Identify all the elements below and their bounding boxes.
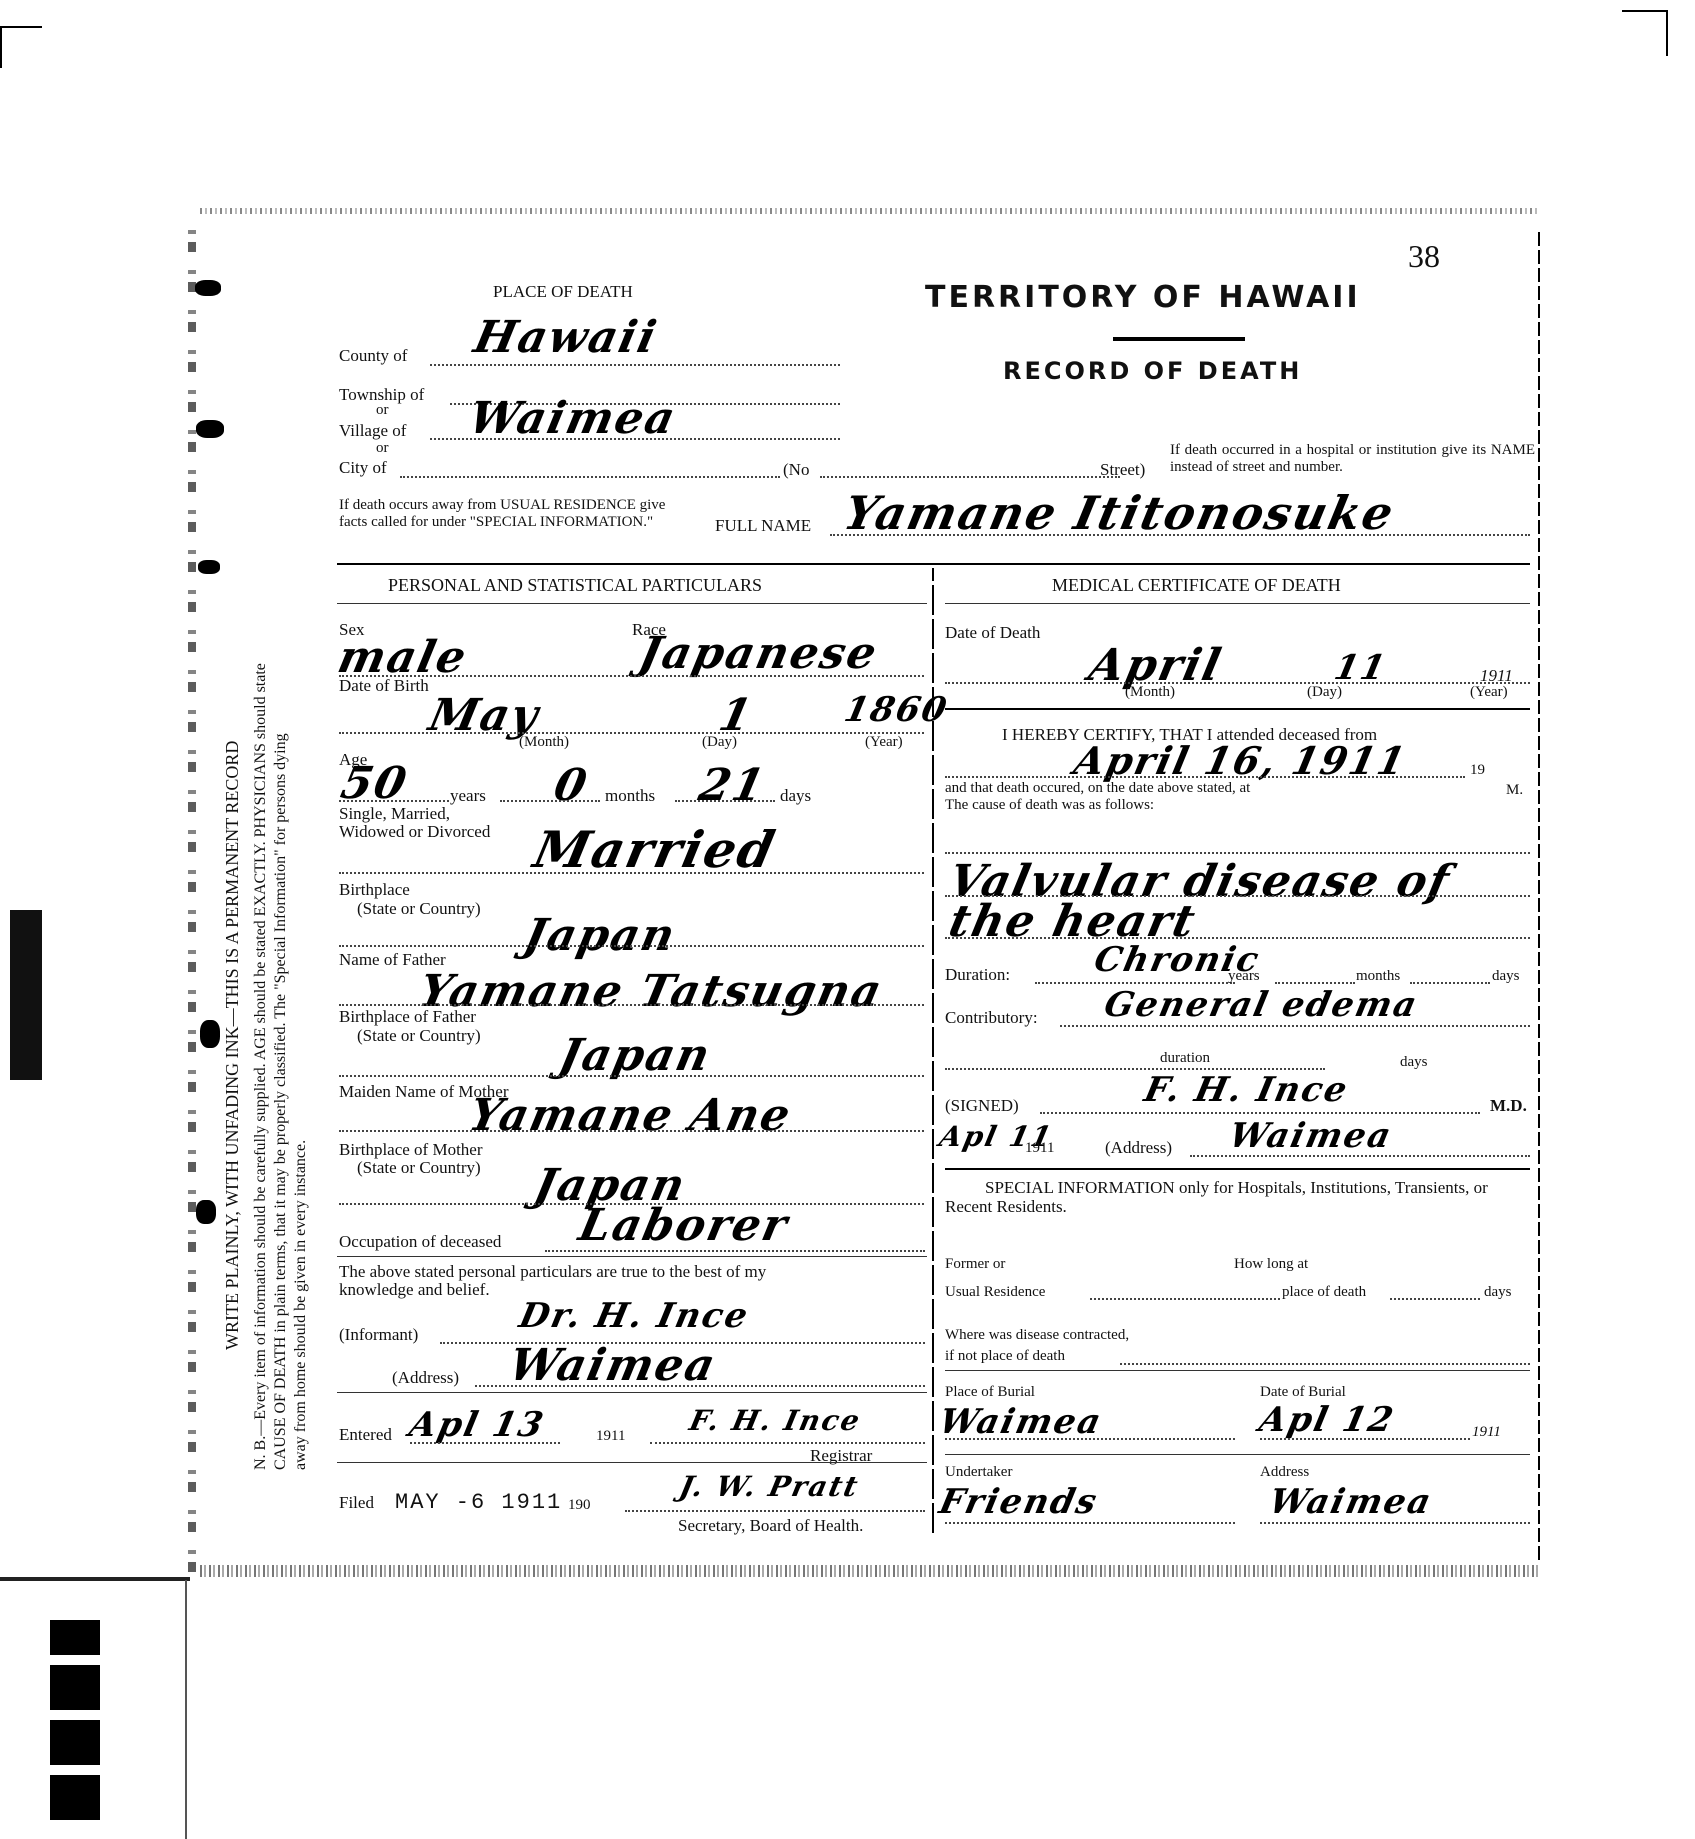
ink-blot (196, 1200, 216, 1224)
duration-months-label: months (1356, 968, 1400, 985)
contributory-line (1060, 1025, 1530, 1027)
how-long-label-2: place of death (1282, 1284, 1366, 1301)
signed-address-label: (Address) (1105, 1138, 1172, 1158)
paper-edge-left (188, 212, 196, 1572)
age-months: 0 (550, 760, 593, 811)
street-line (820, 476, 1120, 478)
duration-days-label: days (1492, 968, 1520, 985)
dob-label: Date of Birth (339, 676, 429, 696)
duration-years-label: years (1228, 968, 1260, 985)
signed-line (1040, 1112, 1480, 1114)
former-label-1: Former or (945, 1256, 1005, 1273)
dob-year: 1860 (841, 690, 952, 730)
informant-label: (Informant) (339, 1325, 418, 1345)
city-line (400, 476, 780, 478)
occupation-rule (337, 1256, 927, 1257)
registrar-line (650, 1442, 925, 1444)
dob-day-label: (Day) (702, 734, 737, 751)
entered-value: Apl 13 (406, 1405, 549, 1445)
undertaker-line (945, 1522, 1235, 1524)
dod-day-label: (Day) (1307, 684, 1342, 701)
father-birthplace-value: Japan (555, 1030, 716, 1081)
form-subtitle: RECORD OF DEATH (1003, 357, 1302, 385)
village-value: Waimea (465, 393, 682, 444)
paper-edge-bottom (200, 1565, 1540, 1577)
contributory-value: General edema (1101, 985, 1422, 1025)
county-value: Hawaii (470, 312, 663, 363)
attended-line (945, 776, 1465, 778)
ink-blot (195, 280, 221, 296)
filing-tab-edge (185, 1580, 187, 1839)
md-label: M.D. (1490, 1096, 1527, 1116)
mother-line (339, 1130, 924, 1132)
burial-place-line (945, 1438, 1235, 1440)
mother-birthplace-label-2: (State or Country) (357, 1158, 481, 1178)
contracted-label-2: if not place of death (945, 1348, 1065, 1365)
contributory-days-label: days (1400, 1054, 1428, 1071)
birthplace-value: Japan (520, 910, 681, 961)
signed-label: (SIGNED) (945, 1096, 1019, 1116)
filed-label: Filed (339, 1493, 374, 1513)
burial-rule (945, 1454, 1530, 1455)
dod-rule (945, 708, 1530, 710)
undertaker-address-label: Address (1260, 1464, 1309, 1481)
entered-line (410, 1442, 560, 1444)
margin-note-nb: N. B.—Every item of information should b… (252, 663, 270, 1470)
duration-months-line (1275, 982, 1355, 984)
paper-edge-right (1538, 230, 1540, 1560)
registrar-label: Registrar (810, 1446, 872, 1466)
dod-line (945, 682, 1530, 684)
filing-tab-mark (10, 910, 42, 1080)
signed-address-line (1190, 1155, 1530, 1157)
filing-number-block (50, 1620, 100, 1820)
burial-place-value: Waimea (936, 1402, 1106, 1442)
secretary-line (625, 1510, 925, 1512)
secretary-signature: J. W. Pratt (676, 1470, 862, 1503)
entered-label: Entered (339, 1425, 392, 1445)
or-label-2: or (376, 440, 389, 457)
ink-blot (198, 560, 220, 574)
or-label-1: or (376, 402, 389, 419)
burial-date-line (1260, 1438, 1470, 1440)
occupation-line (545, 1250, 925, 1252)
contributory-label: Contributory: (945, 1008, 1038, 1028)
former-label-2: Usual Residence (945, 1284, 1045, 1301)
margin-note-away: away from home should be given in every … (292, 1140, 310, 1470)
mother-birthplace-label-1: Birthplace of Mother (339, 1140, 483, 1160)
address-label: (Address) (392, 1368, 459, 1388)
marital-value: Married (529, 820, 782, 879)
marital-label-1: Single, Married, (339, 804, 450, 824)
dod-label: Date of Death (945, 623, 1040, 643)
former-line (1090, 1298, 1280, 1300)
marital-label-2: Widowed or Divorced (339, 822, 490, 842)
filed-stamp: MAY -6 1911 (395, 1490, 562, 1515)
attest-text-1: The above stated personal particulars ar… (339, 1262, 766, 1282)
filed-suffix: 190 (568, 1497, 591, 1514)
contracted-label-1: Where was disease contracted, (945, 1327, 1129, 1344)
cause-line-0 (945, 852, 1530, 854)
undertaker-address-line (1260, 1522, 1530, 1524)
age-months-line (500, 800, 600, 802)
informant-value: Dr. H. Ince (516, 1296, 753, 1336)
marital-line (339, 872, 924, 874)
undertaker-value: Friends (936, 1482, 1102, 1522)
county-line (430, 364, 840, 366)
how-long-days: days (1484, 1284, 1512, 1301)
ink-blot (200, 1020, 220, 1048)
crop-mark-top-left (0, 26, 42, 68)
medical-heading-rule (945, 603, 1530, 604)
county-label: County of (339, 346, 407, 366)
duration-days-line (1410, 982, 1490, 984)
secretary-label: Secretary, Board of Health. (678, 1516, 863, 1536)
father-birthplace-line (339, 1075, 924, 1077)
undertaker-label: Undertaker (945, 1464, 1012, 1481)
village-label: Village of (339, 421, 406, 441)
burial-date-value: Apl 12 (1256, 1400, 1399, 1440)
record-number: 38 (1408, 238, 1440, 275)
m-label: M. (1506, 782, 1523, 799)
occurred-text: and that death occured, on the date abov… (945, 780, 1250, 797)
age-years-line (339, 800, 449, 802)
contributory-duration-label: duration (1160, 1050, 1210, 1067)
title-divider (1113, 337, 1245, 341)
dod-year-label: (Year) (1470, 684, 1508, 701)
registrar-signature: F. H. Ince (686, 1404, 864, 1437)
street-no-label: (No (783, 460, 809, 480)
undertaker-address-value: Waimea (1266, 1482, 1436, 1522)
father-birthplace-label-1: Birthplace of Father (339, 1007, 476, 1027)
place-of-death-heading: PLACE OF DEATH (493, 282, 633, 302)
entered-year: 1911 (596, 1428, 625, 1445)
section-rule-top (337, 563, 1530, 565)
race-value: Japanese (635, 628, 883, 679)
dob-line (339, 732, 924, 734)
occupation-value: Laborer (575, 1200, 794, 1251)
address-value: Waimea (505, 1340, 722, 1391)
full-name-label: FULL NAME (715, 516, 811, 536)
full-name-value: Yamane Ititonosuke (839, 486, 1400, 540)
attended-suffix: 19 (1470, 762, 1485, 779)
personal-heading-rule (337, 603, 927, 604)
age-days: 21 (695, 760, 771, 811)
years-label: years (450, 786, 486, 806)
father-birthplace-label-2: (State or Country) (357, 1026, 481, 1046)
paper-edge-top (200, 208, 1540, 214)
age-days-line (675, 800, 775, 802)
duration-label: Duration: (945, 965, 1010, 985)
father-line (339, 1004, 924, 1006)
margin-note-cause: CAUSE OF DEATH in plain terms, that it m… (272, 733, 290, 1470)
special-heading: SPECIAL INFORMATION only for Hospitals, … (945, 1178, 1530, 1216)
contracted-rule (945, 1370, 1530, 1371)
signed-rule (945, 1168, 1530, 1170)
occupation-label: Occupation of deceased (339, 1232, 501, 1252)
birthplace-line (339, 945, 924, 947)
cause-intro: The cause of death was as follows: (945, 797, 1154, 814)
form-title: TERRITORY OF HAWAII (925, 280, 1361, 315)
father-value: Yamane Tatsugna (415, 966, 888, 1017)
medical-heading: MEDICAL CERTIFICATE OF DEATH (1052, 575, 1341, 596)
birthplace-label-1: Birthplace (339, 880, 410, 900)
hospital-note: If death occurred in a hospital or insti… (1170, 442, 1535, 476)
birthplace-label-2: (State or Country) (357, 899, 481, 919)
signed-year: 1911 (1025, 1140, 1054, 1157)
dob-month-label: (Month) (519, 734, 569, 751)
contracted-line (1120, 1363, 1530, 1365)
cause-line-2-rule (945, 937, 1530, 939)
days-label: days (780, 786, 811, 806)
signed-address-value: Waimea (1226, 1116, 1396, 1156)
city-label: City of (339, 458, 387, 478)
burial-date-label: Date of Burial (1260, 1384, 1346, 1401)
ink-blot (196, 420, 224, 438)
dod-month-label: (Month) (1125, 684, 1175, 701)
burial-place-label: Place of Burial (945, 1384, 1035, 1401)
filing-tab-bottom (0, 1577, 190, 1581)
attest-text-2: knowledge and belief. (339, 1280, 490, 1300)
dob-year-label: (Year) (865, 734, 903, 751)
residence-note: If death occurs away from USUAL RESIDENC… (339, 497, 679, 531)
street-label: Street) (1100, 460, 1145, 480)
personal-heading: PERSONAL AND STATISTICAL PARTICULARS (388, 575, 762, 596)
signed-value: F. H. Ince (1141, 1070, 1353, 1110)
burial-year: 1911 (1472, 1424, 1501, 1441)
crop-mark-top-right (1622, 10, 1668, 56)
margin-note-permanent: WRITE PLAINLY, WITH UNFADING INK—THIS IS… (222, 741, 243, 1350)
how-long-line (1390, 1298, 1480, 1300)
informant-rule (337, 1392, 927, 1393)
entered-rule (337, 1462, 927, 1463)
address-line (475, 1385, 925, 1387)
months-label: months (605, 786, 655, 806)
duration-line (1035, 982, 1235, 984)
how-long-label-1: How long at (1234, 1256, 1308, 1273)
mother-value: Yamane Ane (465, 1090, 797, 1141)
